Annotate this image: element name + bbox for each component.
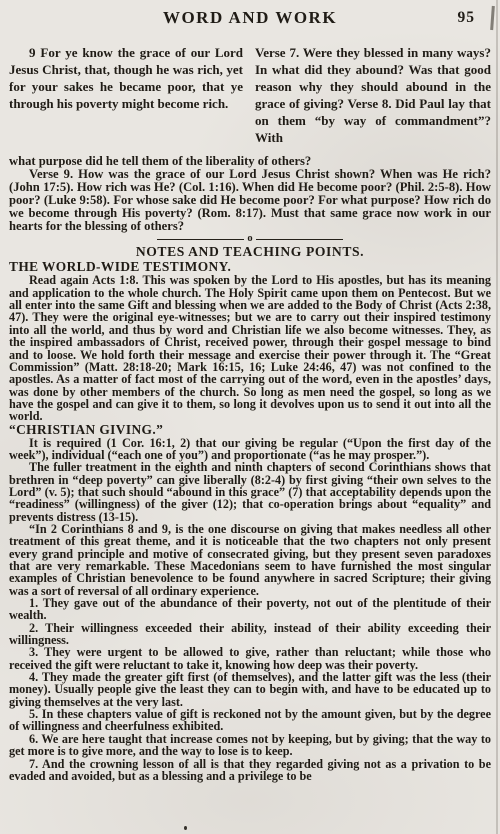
- numbered-point-3: 3. They were urgent to be allowed to giv…: [9, 646, 491, 671]
- divider-ornament: o: [244, 235, 255, 243]
- numbered-point-6: 6. We are here taught that increase come…: [9, 733, 491, 758]
- numbered-point-5: 5. In these chapters value of gift is re…: [9, 708, 491, 733]
- divider-rule-left: [157, 239, 244, 241]
- publication-title: WORD AND WORK: [163, 8, 337, 28]
- numbered-point-7: 7. And the crowning lesson of all is tha…: [9, 758, 491, 783]
- carryover-line: what purpose did he tell them of the lib…: [9, 155, 491, 168]
- world-wide-testimony-paragraph: Read again Acts 1:8. This was spoken by …: [9, 274, 491, 422]
- section-divider: o: [157, 235, 343, 243]
- notes-and-teaching-points-heading: NOTES AND TEACHING POINTS.: [9, 244, 491, 260]
- page-number: 95: [458, 9, 476, 27]
- christian-giving-paragraph-3: “In 2 Corinthians 8 and 9, is the one di…: [9, 523, 491, 597]
- scan-edge-artifact: [496, 0, 498, 834]
- top-two-column-section: 9 For ye know the grace of our Lord Jesu…: [9, 44, 491, 146]
- print-artifact-dot: [184, 826, 187, 830]
- questions-verse-7-8: Verse 7. Were they blessed in many ways?…: [255, 44, 491, 146]
- numbered-point-1: 1. They gave out of the abundance of the…: [9, 597, 491, 622]
- scanned-page: WORD AND WORK 95 9 For ye know the grace…: [0, 0, 500, 782]
- christian-giving-paragraph-2: The fuller treatment in the eighth and n…: [9, 461, 491, 523]
- christian-giving-paragraph-1: It is required (1 Cor. 16:1, 2) that our…: [9, 437, 491, 462]
- christian-giving-heading: “CHRISTIAN GIVING.”: [9, 423, 491, 437]
- divider-rule-right: [256, 239, 343, 241]
- questions-verse-9: Verse 9. How was the grace of our Lord J…: [9, 168, 491, 233]
- scripture-quote-2cor-8-9: 9 For ye know the grace of our Lord Jesu…: [9, 44, 243, 146]
- world-wide-testimony-heading: THE WORLD-WIDE TESTIMONY.: [9, 260, 491, 274]
- page-header: WORD AND WORK 95: [9, 8, 491, 32]
- numbered-point-4: 4. They made the greater gift first (of …: [9, 671, 491, 708]
- numbered-point-2: 2. Their willingness exceeded their abil…: [9, 622, 491, 647]
